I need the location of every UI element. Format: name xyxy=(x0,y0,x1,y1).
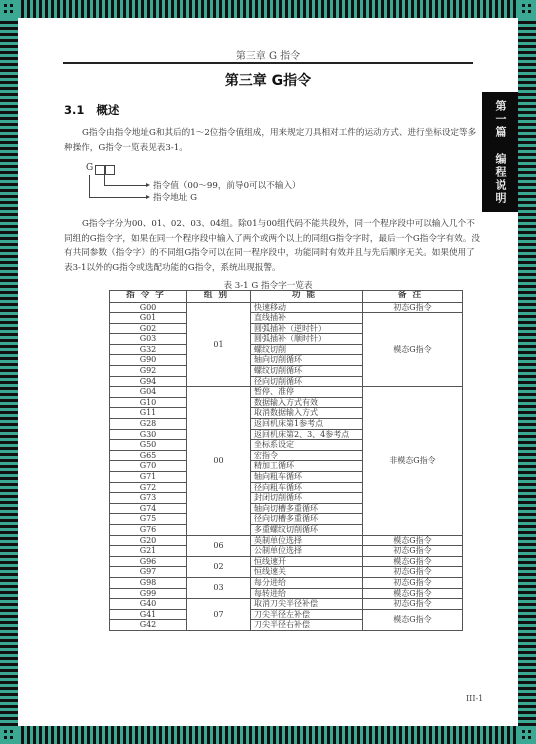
frame-corner xyxy=(0,0,18,18)
table-row: G0400暂停、准停非模态G指令 xyxy=(110,387,463,398)
group-cell: 07 xyxy=(187,599,251,631)
arrow-icon xyxy=(146,183,150,187)
table-row: G01直线插补模态G指令 xyxy=(110,313,463,324)
table-row: G97恒线速关初态G指令 xyxy=(110,567,463,578)
header-group: 组别 xyxy=(187,291,251,303)
paragraph-intro: G指令由指令地址G和其后的1～2位指令值组成，用来规定刀具相对工件的运动方式、进… xyxy=(64,126,480,156)
g-code-table: 指令字 组别 功能 备注 G0001快速移动初态G指令 G01直线插补模态G指令… xyxy=(109,290,463,631)
header-note: 备注 xyxy=(363,291,463,303)
table-row: G41刀尖半径左补偿模态G指令 xyxy=(110,609,463,620)
decorative-frame-top xyxy=(0,0,536,18)
group-cell: 02 xyxy=(187,556,251,577)
decorative-frame-right xyxy=(518,18,536,726)
group-cell: 06 xyxy=(187,535,251,556)
section-heading: 3.1概述 xyxy=(64,102,119,118)
page-number: III-1 xyxy=(466,694,483,703)
decorative-frame-left xyxy=(0,18,18,726)
table-row: G99每转进给模态G指令 xyxy=(110,588,463,599)
digit-box xyxy=(95,165,105,175)
diagram-prefix: G xyxy=(86,163,93,173)
table-row: G9803每分进给初态G指令 xyxy=(110,577,463,588)
side-tab-title: 编程说明 xyxy=(492,153,508,205)
frame-corner xyxy=(518,726,536,744)
group-cell: 00 xyxy=(187,387,251,535)
arrow-icon xyxy=(146,195,150,199)
group-cell: 01 xyxy=(187,302,251,387)
section-number: 3.1 xyxy=(64,103,84,117)
running-header: 第三章 G 指令 xyxy=(0,47,536,62)
header-rule xyxy=(63,62,473,64)
side-tab: 第一篇 编程说明 xyxy=(482,92,518,212)
table-row: G2006英制单位选择模态G指令 xyxy=(110,535,463,546)
section-title: 概述 xyxy=(96,103,119,117)
group-cell: 03 xyxy=(187,577,251,598)
digit-box xyxy=(105,165,115,175)
address-label: 指令地址 G xyxy=(153,191,197,203)
frame-corner xyxy=(0,726,18,744)
paragraph-groups: G指令字分为00、01、02、03、04组。除01与00组代码不能共段外，同一个… xyxy=(64,217,480,275)
table-row: G4007取消刀尖半径补偿初态G指令 xyxy=(110,599,463,610)
header-code: 指令字 xyxy=(110,291,187,303)
frame-corner xyxy=(518,0,536,18)
table-row: G9602恒线速开模态G指令 xyxy=(110,556,463,567)
table-header-row: 指令字 组别 功能 备注 xyxy=(110,291,463,303)
decorative-frame-bottom xyxy=(0,726,536,744)
table-row: G21公制单位选择初态G指令 xyxy=(110,546,463,557)
chapter-title: 第三章 G指令 xyxy=(0,70,536,90)
g-format-diagram: G 指令值（00～99，前导0可以不输入） 指令地址 G xyxy=(86,163,386,213)
table-row: G0001快速移动初态G指令 xyxy=(110,302,463,313)
side-tab-part: 第一篇 xyxy=(492,100,508,139)
value-label: 指令值（00～99，前导0可以不输入） xyxy=(153,179,301,191)
header-function: 功能 xyxy=(251,291,363,303)
